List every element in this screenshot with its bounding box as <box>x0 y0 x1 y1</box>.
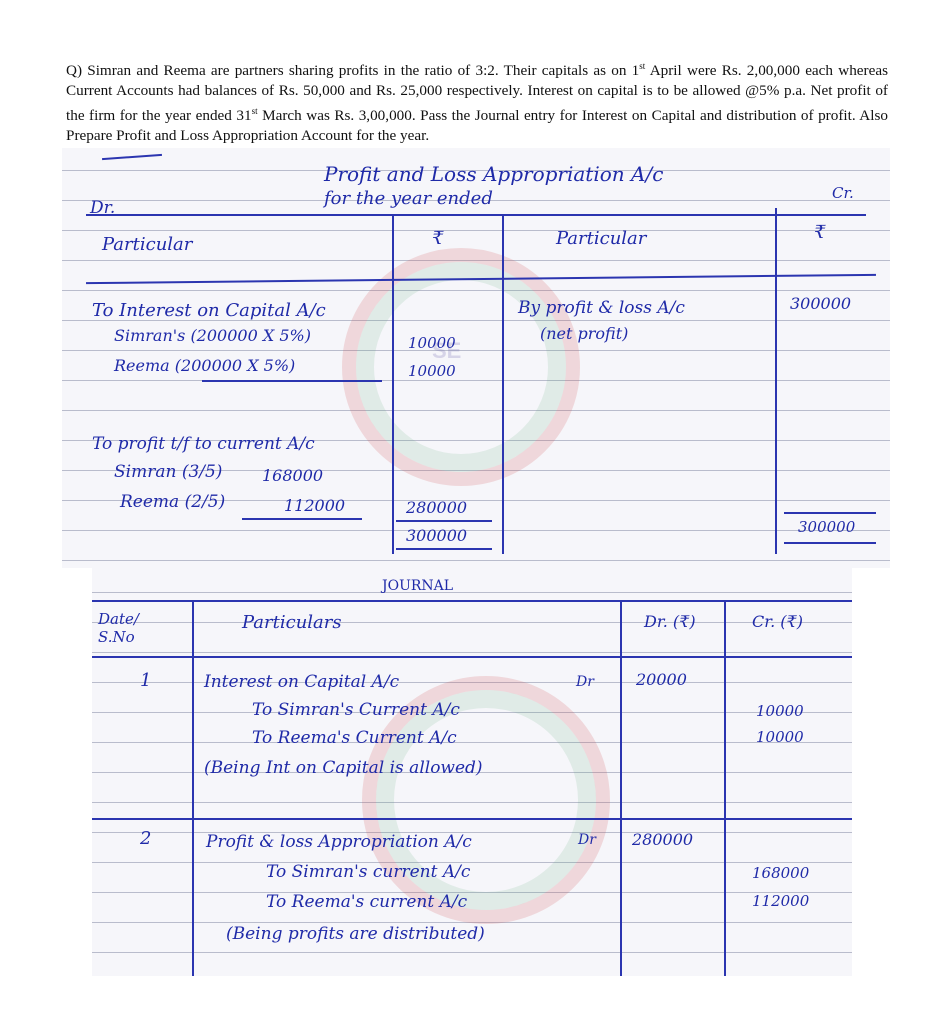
journal-photo: JOURNAL Date/ S.No Particulars Dr. (₹) C… <box>92 566 852 976</box>
header-date: Date/ S.No <box>98 610 178 646</box>
journal-line: To Simran's current A/c <box>266 862 470 882</box>
narration: (Being Int on Capital is allowed) <box>204 758 483 778</box>
credit-row: (net profit) <box>540 324 628 343</box>
cr-label: Cr. <box>832 184 854 202</box>
dr-amount: 280000 <box>632 830 693 849</box>
header-particulars: Particulars <box>242 612 342 633</box>
header-dr: Dr. (₹) <box>644 612 696 631</box>
debit-row: To profit t/f to current A/c <box>92 434 315 454</box>
header-amount-right: ₹ <box>814 222 825 243</box>
debit-row: Reema (200000 X 5%) <box>114 356 295 375</box>
header-amount-left: ₹ <box>432 228 443 249</box>
account-subtitle: for the year ended <box>324 188 493 209</box>
header-particular-right: Particular <box>556 228 646 249</box>
credit-row: By profit & loss A/c <box>518 298 685 318</box>
entry-number: 2 <box>140 828 151 849</box>
journal-title: JOURNAL <box>382 578 453 594</box>
appropriation-account-photo: SE Profit and Loss Appropriation A/c for… <box>62 148 890 568</box>
header-cr: Cr. (₹) <box>752 612 803 631</box>
entry-number: 1 <box>140 670 151 691</box>
account-title: Profit and Loss Appropriation A/c <box>324 162 663 186</box>
header-particular-left: Particular <box>102 234 192 255</box>
debit-sub-amount: 168000 <box>262 466 323 485</box>
debit-amount: 280000 <box>406 498 467 517</box>
dr-amount: 20000 <box>636 670 687 689</box>
cr-amount: 10000 <box>756 728 804 746</box>
cr-amount: 10000 <box>756 702 804 720</box>
debit-amount: 10000 <box>408 362 456 380</box>
debit-row: Reema (2/5) <box>120 492 225 512</box>
journal-line: To Reema's current A/c <box>266 892 467 912</box>
cr-amount: 112000 <box>752 892 809 910</box>
debit-row: To Interest on Capital A/c <box>92 300 326 321</box>
debit-row: Simran (3/5) <box>114 462 222 482</box>
journal-line: To Simran's Current A/c <box>252 700 460 720</box>
watermark-logo <box>342 248 580 486</box>
debit-amount: 10000 <box>408 334 456 352</box>
question-text: Q) Simran and Reema are partners sharing… <box>66 56 888 146</box>
cr-amount: 168000 <box>752 864 809 882</box>
debit-total: 300000 <box>406 526 467 545</box>
narration: (Being profits are distributed) <box>226 924 485 944</box>
journal-line: To Reema's Current A/c <box>252 728 457 748</box>
journal-line: Profit & loss Appropriation A/c <box>206 832 472 852</box>
journal-line: Interest on Capital A/c <box>204 672 399 692</box>
debit-sub-amount: 112000 <box>284 496 345 515</box>
credit-amount: 300000 <box>790 294 851 313</box>
credit-total: 300000 <box>798 518 855 536</box>
dr-mark: Dr <box>576 674 594 690</box>
debit-row: Simran's (200000 X 5%) <box>114 326 311 345</box>
dr-mark: Dr <box>578 832 596 848</box>
